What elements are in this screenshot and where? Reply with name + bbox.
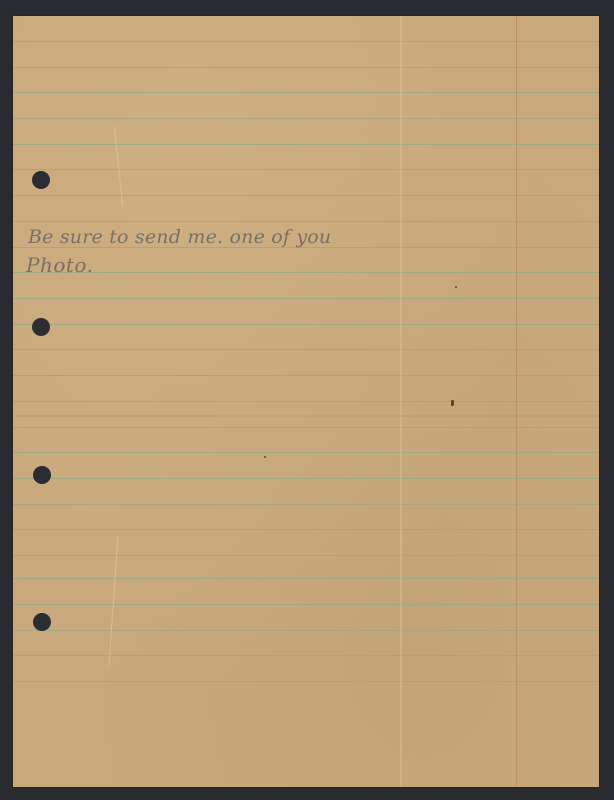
- ruled-line: [13, 118, 599, 119]
- lined-paper-sheet: Be sure to send me. one of you Photo.: [13, 16, 599, 787]
- margin-line: [516, 16, 517, 787]
- ruled-line: [13, 478, 599, 479]
- paper-speck: [264, 456, 266, 458]
- ruled-line: [13, 452, 599, 453]
- ruled-line: [13, 272, 599, 273]
- ruled-line: [13, 221, 599, 222]
- ruled-line: [13, 681, 599, 682]
- ruled-line: [13, 630, 599, 631]
- punch-hole: [32, 171, 50, 189]
- paper-speck: [455, 286, 457, 288]
- punch-hole: [32, 318, 50, 336]
- horizontal-fold: [13, 415, 599, 417]
- punch-hole: [33, 613, 51, 631]
- ruled-line: [13, 349, 599, 350]
- ruled-line: [13, 555, 599, 556]
- ruled-line: [13, 427, 599, 428]
- ruled-line: [13, 67, 599, 68]
- ruled-line: [13, 195, 599, 196]
- ruled-line: [13, 578, 599, 579]
- ruled-line: [13, 504, 599, 505]
- ruled-line: [13, 401, 599, 402]
- paper-speck: [451, 400, 454, 406]
- ruled-line: [13, 655, 599, 656]
- ruled-line: [13, 604, 599, 605]
- vertical-fold: [400, 16, 402, 787]
- ruled-line: [13, 375, 599, 376]
- ruled-line: [13, 41, 599, 42]
- ruled-line: [13, 298, 599, 299]
- handwritten-line-2: Photo.: [26, 253, 93, 277]
- ruled-line: [13, 144, 599, 145]
- paper-crease: [114, 126, 123, 206]
- ruled-line: [13, 324, 599, 325]
- punch-hole: [33, 466, 51, 484]
- ruled-line: [13, 529, 599, 530]
- ruled-line: [13, 92, 599, 93]
- handwritten-line-1: Be sure to send me. one of you: [28, 226, 331, 248]
- ruled-line: [13, 169, 599, 170]
